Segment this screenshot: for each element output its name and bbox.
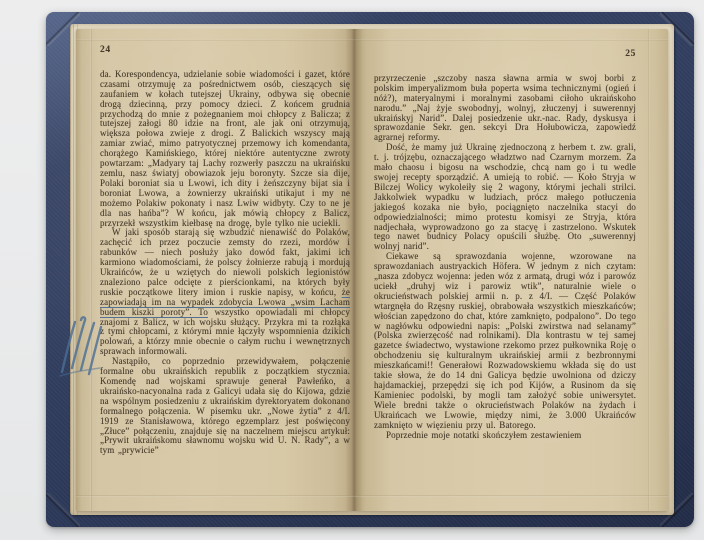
photo-of-open-book: 24 da. Korespondencya, udzielanie sobie … bbox=[0, 0, 704, 540]
paragraph: Dość, że mamy już Ukrainę zjednoczoną z … bbox=[374, 143, 636, 252]
page-25-content: 25 przyrzeczenie „szczoby nasza sławna a… bbox=[374, 50, 636, 440]
paragraph: Poprzednie moje notatki skończyłem zesta… bbox=[374, 431, 636, 441]
paragraph: Ciekawe są sprawozdania wojenne, wzorowa… bbox=[374, 252, 636, 430]
paragraph: Nastąpiło, co poprzednio przewidywałem, … bbox=[100, 357, 350, 456]
page-24-content: 24 da. Korespondencya, udzielanie sobie … bbox=[100, 46, 350, 456]
paragraph-text: W jaki sposób starają się wzbudzić niena… bbox=[100, 227, 350, 296]
page-number-right: 25 bbox=[374, 50, 636, 60]
paragraph: da. Korespondencya, udzielanie sobie wia… bbox=[100, 70, 350, 229]
paragraph: W jaki sposób starają się wzbudzić niena… bbox=[100, 228, 350, 357]
handwritten-ink-scribble bbox=[56, 310, 104, 390]
page-number-left: 24 bbox=[100, 46, 350, 56]
paragraph: przyrzeczenie „szczoby nasza sławna armi… bbox=[374, 74, 636, 143]
